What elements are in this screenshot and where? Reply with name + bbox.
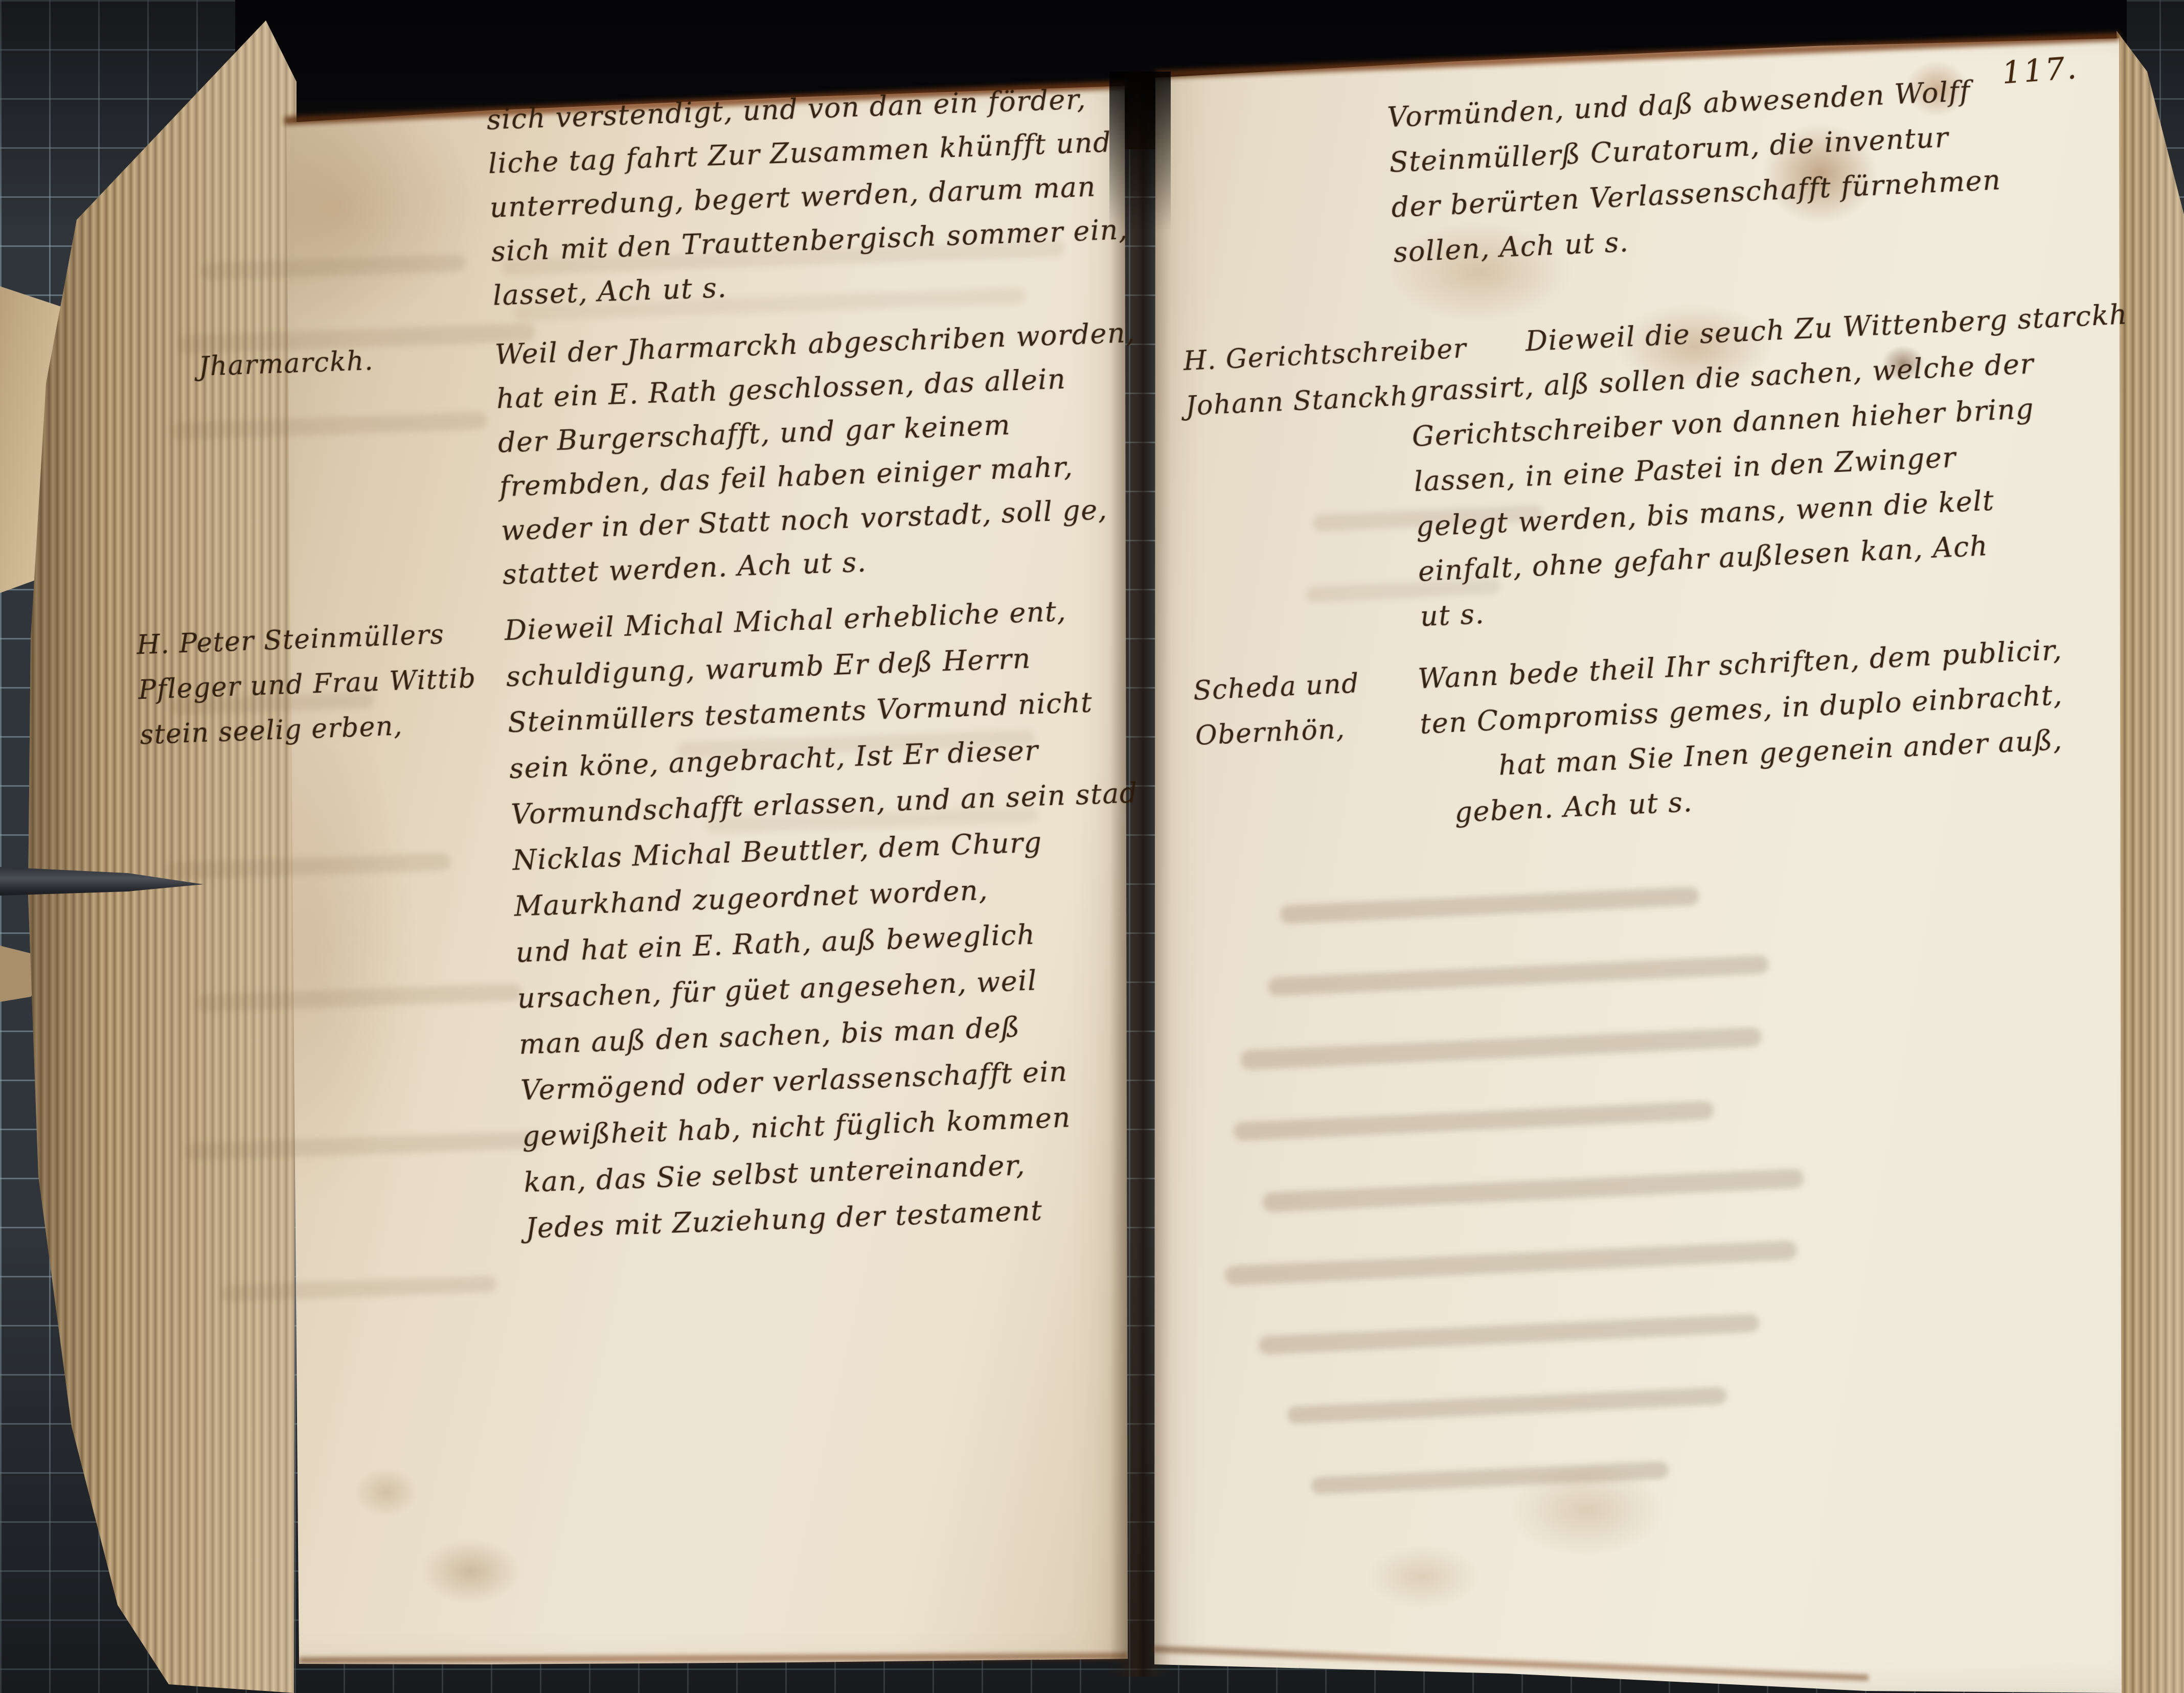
handwriting-line: und hat ein E. Rath, auß beweglich [515,919,1036,968]
handwriting-line: hat ein E. Rath geschlossen, das allein [496,364,1066,414]
handwriting-line: Dieweil die seuch Zu Wittenberg starckh [1525,299,2128,357]
handwriting-line: sollen, Ach ut s. [1393,226,1629,267]
handwriting-line: einfalt, ohne gefahr außlesen kan, Ach [1418,531,1989,587]
bleed-through-line [1224,1240,1798,1286]
handwriting-line: geben. Ach ut s. [1454,787,1693,828]
margin-note: stein seelig erben, [140,712,403,750]
handwriting-line: unterredung, begert werden, darum man [489,171,1097,223]
margin-note: Johann Stanckh [1185,382,1409,421]
margin-note: Pfleger und Frau Wittib [138,664,477,705]
handwriting-line: hat man Sie Inen gegenein ander auß, [1498,725,2063,781]
handwriting-line: Jedes mit Zuziehung der testament [525,1195,1043,1244]
handwriting-line: Maurkhand zugeordnet worden, [514,875,989,922]
margin-note: Obernhön, [1195,715,1346,750]
handwriting-line: liche tag fahrt Zur Zusammen khünfft und [488,127,1112,179]
margin-note: H. Gerichtschreiber [1183,334,1468,376]
bleed-through-line [1259,1314,1760,1355]
handwriting-line: ut s. [1420,599,1486,632]
bleed-through-line [1268,955,1769,996]
handwriting-line: Weil der Jharmarckh abgeschriben worden, [494,317,1136,370]
bleed-through-line [200,254,466,280]
bleed-through-line [165,853,451,880]
bleed-through-line [1287,1387,1727,1424]
handwriting-line: frembden, das feil haben einiger mahr, [499,451,1074,502]
handwriting-line: der Burgerschafft, und gar keinem [497,409,1011,457]
bleed-through-line [1240,1027,1762,1070]
margin-note: Scheda und [1193,669,1360,706]
bleed-through-line [220,1276,497,1302]
bleed-through-line [1262,1169,1805,1212]
handwriting-line: Vermögend oder verlassenschafft ein [520,1056,1068,1106]
handwriting-line: schuldigung, warumb Er deß Herrn [506,643,1032,692]
handwriting-line: Nicklas Michal Beuttler, dem Churg [512,827,1043,876]
margin-note: Jharmarckh. [198,347,374,382]
handwriting-line: gewißheit hab, nicht füglich kommen [521,1102,1071,1152]
bleed-through-line [185,1131,543,1160]
bleed-through-line [1233,1101,1714,1141]
handwriting-line: weder in der Statt noch vorstadt, soll g… [500,494,1108,546]
handwriting-line: stattet werden. Ach ut s. [502,546,867,589]
margin-note: H. Peter Steinmüllers [136,620,445,660]
handwriting-line: Steinmüllers testaments Vormund nicht [507,687,1093,738]
handwriting-line: lassen, in eine Pastei in den Zwinger [1414,442,1957,497]
bleed-through-line [170,411,487,440]
left-page-ink: sich verstendigt, und von dan ein förder… [118,60,1211,1425]
bleed-through-line [195,983,522,1012]
handwriting-line: ursachen, für güet angesehen, weil [517,965,1038,1014]
bleed-through-line [1311,1461,1669,1495]
manuscript-photo: 117. sich verstendigt, und von dan ein f… [0,0,2184,1693]
bleed-through-line [1280,886,1699,924]
right-page-ink: Vormünden, und daß abwesenden Wolff Stei… [1166,36,2184,1614]
handwriting-line: Dieweil Michal Michal erhebliche ent, [504,596,1067,646]
handwriting-line: sich verstendigt, und von dan ein förder… [486,84,1087,135]
handwriting-line: kan, das Sie selbst untereinander, [524,1150,1026,1198]
handwriting-line: man auß den sachen, bis man deß [518,1012,1021,1060]
